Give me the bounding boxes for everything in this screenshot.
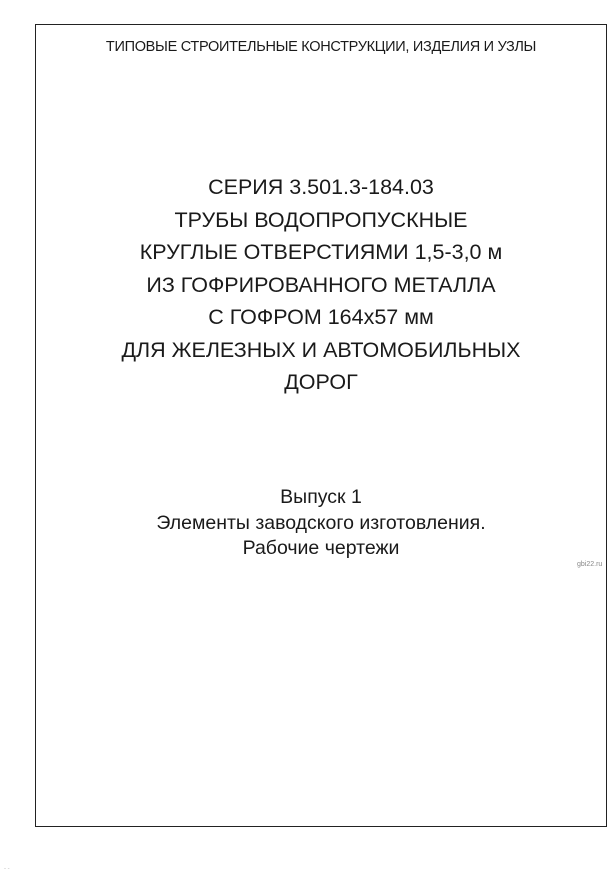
- page-frame: ТИПОВЫЕ СТРОИТЕЛЬНЫЕ КОНСТРУКЦИИ, ИЗДЕЛИ…: [35, 24, 607, 827]
- series-title: СЕРИЯ 3.501.3-184.03 ТРУБЫ ВОДОПРОПУСКНЫ…: [36, 171, 606, 399]
- title-line: ДЛЯ ЖЕЛЕЗНЫХ И АВТОМОБИЛЬНЫХ: [36, 334, 606, 367]
- title-line: ИЗ ГОФРИРОВАННОГО МЕТАЛЛА: [36, 269, 606, 302]
- issue-type: Рабочие чертежи: [36, 536, 606, 562]
- watermark: gbi22.ru: [577, 561, 602, 568]
- issue-block: Выпуск 1 Элементы заводского изготовлени…: [36, 485, 606, 562]
- issue-number: Выпуск 1: [36, 485, 606, 511]
- scan-marks: - -: [4, 866, 10, 872]
- title-line: ТРУБЫ ВОДОПРОПУСКНЫЕ: [36, 204, 606, 237]
- document-header: ТИПОВЫЕ СТРОИТЕЛЬНЫЕ КОНСТРУКЦИИ, ИЗДЕЛИ…: [36, 39, 606, 55]
- issue-subtitle: Элементы заводского изготовления.: [36, 511, 606, 537]
- title-line: С ГОФРОМ 164х57 мм: [36, 301, 606, 334]
- title-line: КРУГЛЫЕ ОТВЕРСТИЯМИ 1,5-3,0 м: [36, 236, 606, 269]
- title-line: ДОРОГ: [36, 366, 606, 399]
- title-line: СЕРИЯ 3.501.3-184.03: [36, 171, 606, 204]
